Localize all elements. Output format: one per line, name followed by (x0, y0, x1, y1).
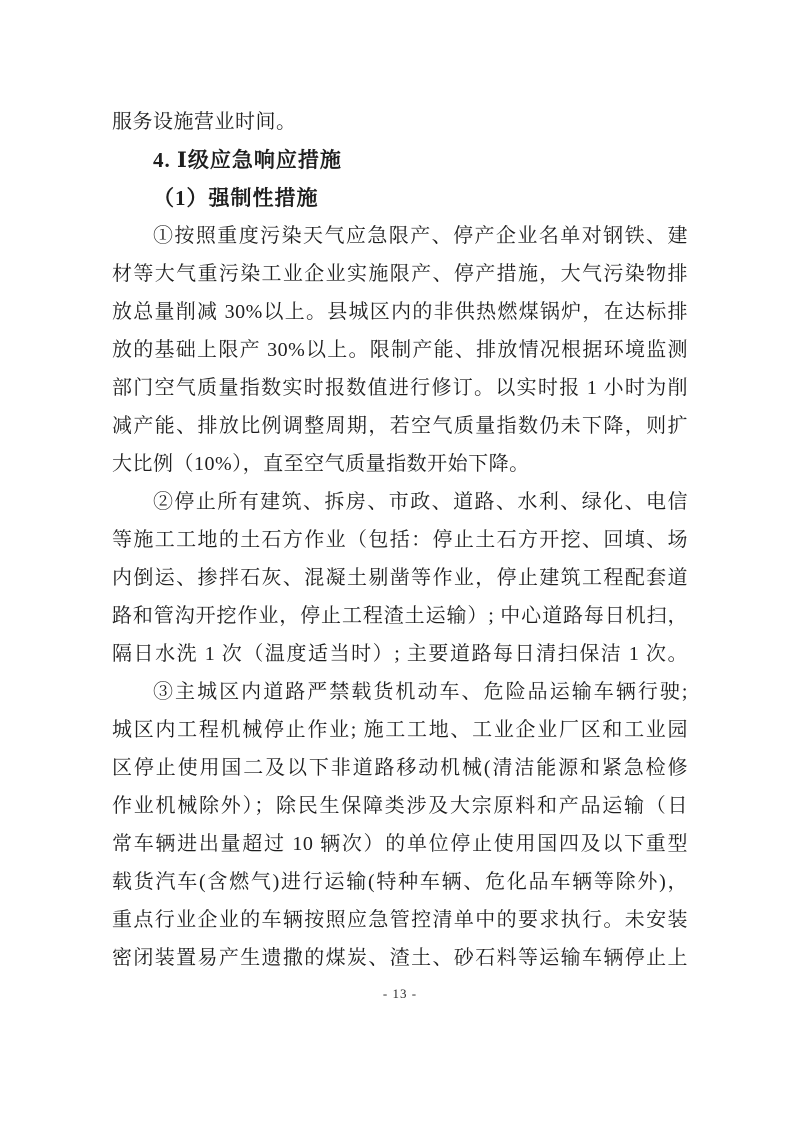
text-line: ②停止所有建筑、拆房、市政、道路、水利、绿化、电信 (112, 483, 688, 521)
document-page: 服务设施营业时间。 4. Ⅰ级应急响应措施 （1）强制性措施 ①按照重度污染天气… (0, 0, 800, 1130)
text-line: 服务设施营业时间。 (112, 103, 688, 141)
text-line: 载货汽车(含燃气)进行运输(特种车辆、危化品车辆等除外)， (112, 863, 688, 901)
text-line: 重点行业企业的车辆按照应急管控清单中的要求执行。未安装 (112, 901, 688, 939)
text-line: 路和管沟开挖作业，停止工程渣土运输）; 中心道路每日机扫， (112, 597, 688, 635)
section-heading: 4. Ⅰ级应急响应措施 (112, 141, 688, 179)
text-line: 内倒运、掺拌石灰、混凝土剔凿等作业，停止建筑工程配套道 (112, 559, 688, 597)
text-line: 减产能、排放比例调整周期，若空气质量指数仍未下降，则扩 (112, 407, 688, 445)
text-line: 材等大气重污染工业企业实施限产、停产措施，大气污染物排 (112, 255, 688, 293)
subsection-heading: （1）强制性措施 (112, 179, 688, 217)
page-number: - 13 - (0, 986, 800, 1002)
text-line: 区停止使用国二及以下非道路移动机械(清洁能源和紧急检修 (112, 749, 688, 787)
text-line: 城区内工程机械停止作业; 施工工地、工业企业厂区和工业园 (112, 711, 688, 749)
text-line: 放的基础上限产 30%以上。限制产能、排放情况根据环境监测 (112, 331, 688, 369)
text-line: 常车辆进出量超过 10 辆次）的单位停止使用国四及以下重型 (112, 825, 688, 863)
text-line: 大比例（10%），直至空气质量指数开始下降。 (112, 445, 688, 483)
document-body: 服务设施营业时间。 4. Ⅰ级应急响应措施 （1）强制性措施 ①按照重度污染天气… (112, 103, 688, 977)
text-line: ①按照重度污染天气应急限产、停产企业名单对钢铁、建 (112, 217, 688, 255)
text-line: 隔日水洗 1 次（温度适当时）; 主要道路每日清扫保洁 1 次。 (112, 635, 688, 673)
text-line: 作业机械除外）；除民生保障类涉及大宗原料和产品运输（日 (112, 787, 688, 825)
text-line: ③主城区内道路严禁载货机动车、危险品运输车辆行驶; (112, 673, 688, 711)
text-line: 密闭装置易产生遗撒的煤炭、渣土、砂石料等运输车辆停止上 (112, 939, 688, 977)
text-line: 放总量削减 30%以上。县城区内的非供热燃煤锅炉，在达标排 (112, 293, 688, 331)
text-line: 部门空气质量指数实时报数值进行修订。以实时报 1 小时为削 (112, 369, 688, 407)
text-line: 等施工工地的土石方作业（包括：停止土石方开挖、回填、场 (112, 521, 688, 559)
